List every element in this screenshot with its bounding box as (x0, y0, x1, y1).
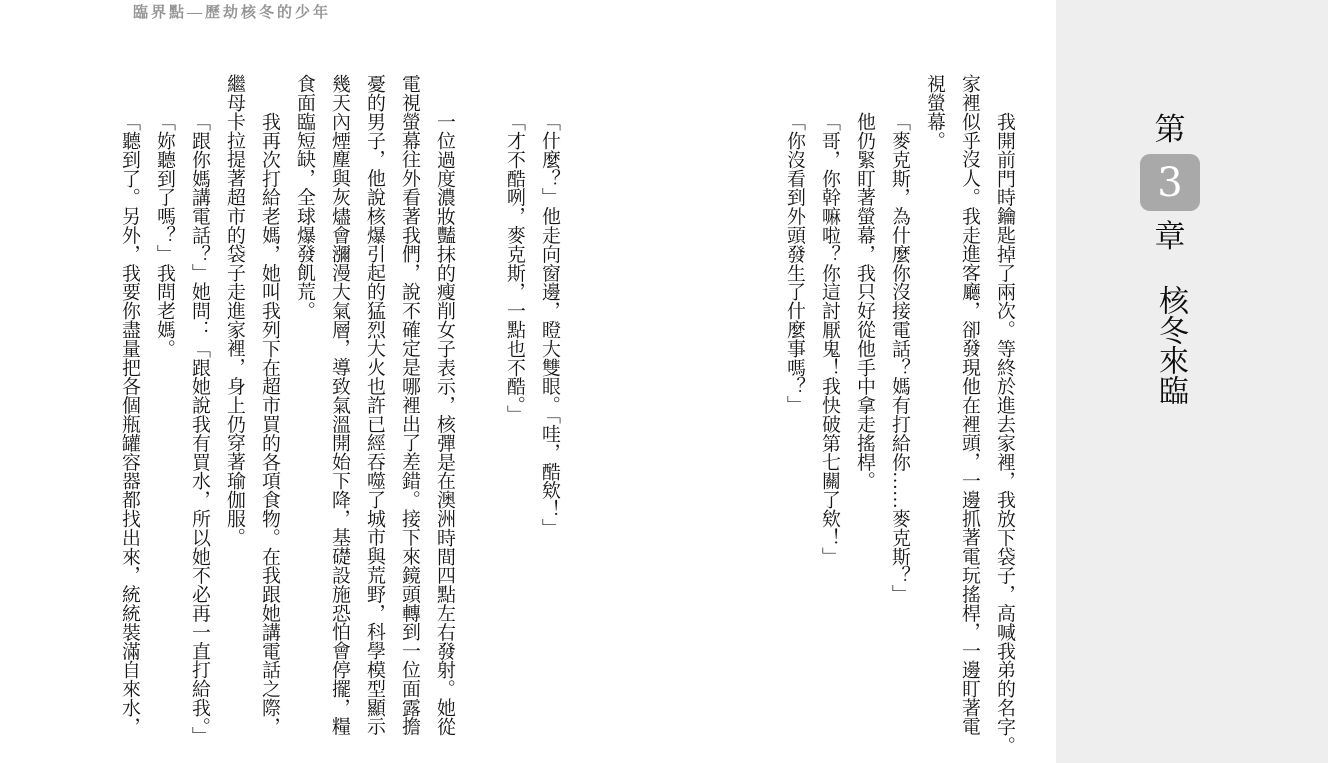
text-line: 「跟你媽講電話？」她問：「跟她說我有買水，所以她不必再一直打給我。」 (182, 74, 217, 763)
text-line: 我再次打給老媽，她叫我列下在超市買的各項食物。在我跟她講電話之際， (252, 74, 287, 763)
chapter-number-badge: 3 (1140, 154, 1200, 211)
text-line: 家裡似乎沒人。我走進客廳，卻發現他在裡頭，一邊抓著電玩搖桿，一邊盯著電 (952, 74, 987, 763)
text-line: 幾天內煙塵與灰燼會瀰漫大氣層，導致氣溫開始下降，基礎設施恐怕會停擺，糧 (322, 74, 357, 763)
text-line: 電視螢幕往外看著我們，說不確定是哪裡出了差錯。接下來鏡頭轉到一位面露擔 (392, 74, 427, 763)
book-page: 臨界點—歷劫核冬的少年 第 3 章 核冬來臨 我開前門時鑰匙掉了兩次。等終於進去… (0, 0, 1328, 763)
column-gap (462, 74, 497, 763)
text-line: 視螢幕。 (917, 74, 952, 763)
text-line: 「才不酷咧，麥克斯，一點也不酷。」 (497, 74, 532, 763)
running-header: 臨界點—歷劫核冬的少年 (133, 3, 331, 23)
chapter-suffix: 章 (1155, 219, 1186, 255)
text-line: 繼母卡拉提著超市的袋子走進家裡，身上仍穿著瑜伽服。 (217, 74, 252, 763)
text-line: 食面臨短缺，全球爆發飢荒。 (287, 74, 322, 763)
text-line: 「哥，你幹嘛啦？你這討厭鬼！我快破第七關了欸！」 (812, 74, 847, 763)
text-line: 憂的男子，他說核爆引起的猛烈大火也許已經吞噬了城市與荒野，科學模型顯示 (357, 74, 392, 763)
text-line: 他仍緊盯著螢幕，我只好從他手中拿走搖桿。 (847, 74, 882, 763)
chapter-prefix: 第 (1155, 112, 1186, 148)
chapter-heading: 第 3 章 核冬來臨 (1140, 112, 1200, 405)
text-line: 「妳聽到了嗎？」我問老媽。 (147, 74, 182, 763)
text-line: 「聽到了。另外，我要你盡量把各個瓶罐容器都找出來，統統裝滿自來水， (112, 74, 147, 763)
chapter-title: 核冬來臨 (1153, 285, 1187, 405)
text-line: 「什麼？」他走向窗邊，瞪大雙眼。「哇，酷欸！」 (532, 74, 567, 763)
text-line: 「麥克斯，為什麼你沒接電話？媽有打給你……麥克斯？」 (882, 74, 917, 763)
chapter-title-spacer (1170, 255, 1171, 285)
text-line: 「你沒看到外頭發生了什麼事嗎？」 (777, 74, 812, 763)
body-text-block: 我開前門時鑰匙掉了兩次。等終於進去家裡，我放下袋子，高喊我弟的名字。家裡似乎沒人… (112, 74, 1022, 763)
text-line: 一位過度濃妝豔抹的瘦削女子表示，核彈是在澳洲時間四點左右發射。她從 (427, 74, 462, 763)
text-line: 我開前門時鑰匙掉了兩次。等終於進去家裡，我放下袋子，高喊我弟的名字。 (987, 74, 1022, 763)
column-gap (567, 74, 777, 763)
